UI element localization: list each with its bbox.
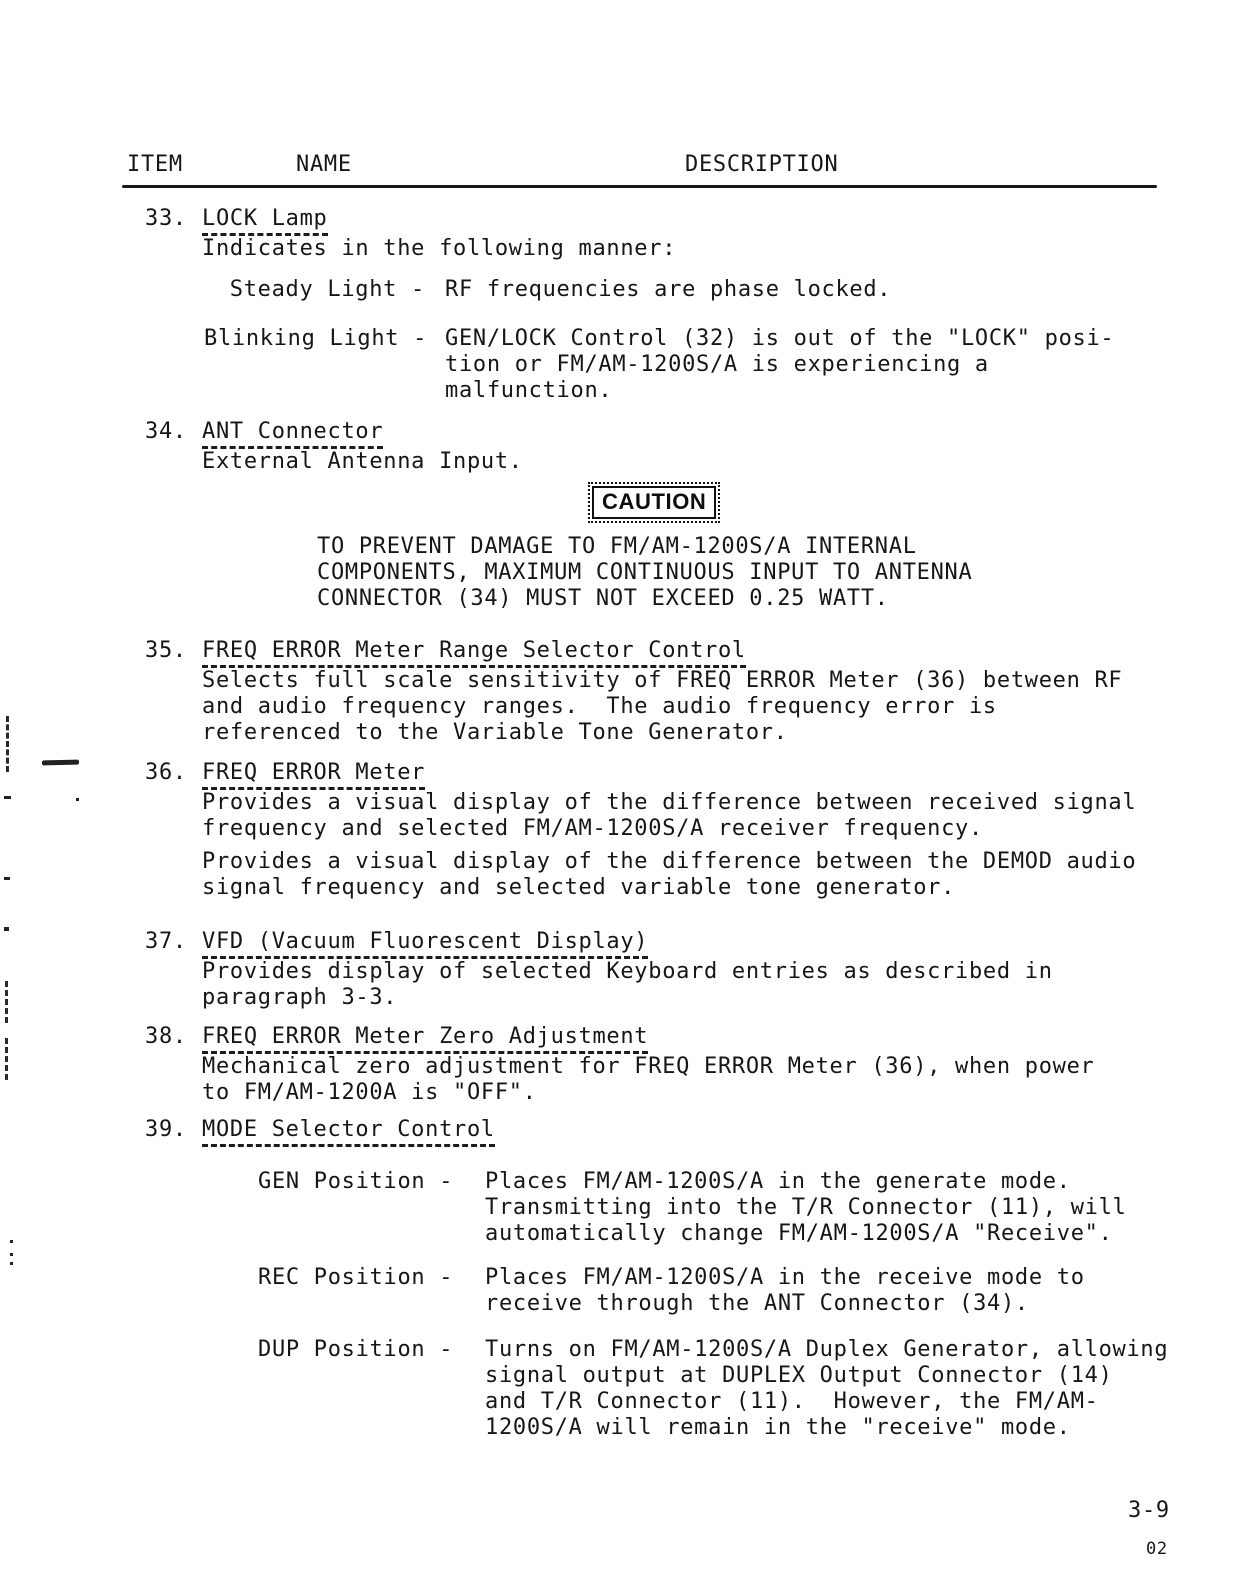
position-description: Places FM/AM-1200S/A in the generate mod…	[485, 1169, 1126, 1247]
item-number: 33.	[145, 206, 202, 232]
position-description: RF frequencies are phase locked.	[445, 277, 891, 303]
item-39-gen-position-row: GEN Position - Places FM/AM-1200S/A in t…	[258, 1169, 1126, 1247]
item-title: VFD (Vacuum Fluorescent Display)	[202, 929, 648, 959]
caution-stamp: CAUTION	[592, 486, 716, 519]
item-33-steady-light-row: Steady Light - RF frequencies are phase …	[204, 277, 891, 303]
body-line: Provides display of selected Keyboard en…	[202, 959, 1053, 985]
item-39-dup-position-row: DUP Position - Turns on FM/AM-1200S/A Du…	[258, 1337, 1168, 1441]
description-line: receive through the ANT Connector (34).	[485, 1291, 1085, 1317]
description-line: signal output at DUPLEX Output Connector…	[485, 1363, 1168, 1389]
description-line: Places FM/AM-1200S/A in the receive mode…	[485, 1265, 1085, 1291]
scan-mark	[76, 798, 79, 801]
scan-mark	[10, 1240, 13, 1243]
item-33: 33. LOCK Lamp Indicates in the following…	[145, 206, 676, 262]
description-line: malfunction.	[445, 378, 1114, 404]
caution-label: CAUTION	[602, 489, 706, 514]
item-33-blinking-light-row: Blinking Light - GEN/LOCK Control (32) i…	[204, 326, 1114, 404]
description-line: Transmitting into the T/R Connector (11)…	[485, 1195, 1126, 1221]
item-36: 36. FREQ ERROR Meter Provides a visual d…	[145, 760, 1136, 842]
body-line: Provides a visual display of the differe…	[202, 790, 1136, 816]
item-33-heading: 33. LOCK Lamp	[145, 206, 676, 236]
body-line: and audio frequency ranges. The audio fr…	[202, 694, 1122, 720]
manual-page: ITEM NAME DESCRIPTION 33. LOCK Lamp Indi…	[0, 0, 1240, 1593]
item-number: 35.	[145, 638, 202, 664]
scan-mark	[5, 1038, 8, 1080]
position-description: Turns on FM/AM-1200S/A Duplex Generator,…	[485, 1337, 1168, 1441]
description-line: tion or FM/AM-1200S/A is experiencing a	[445, 352, 1114, 378]
item-number: 38.	[145, 1024, 202, 1050]
item-37: 37. VFD (Vacuum Fluorescent Display) Pro…	[145, 929, 1053, 1011]
item-38-heading: 38. FREQ ERROR Meter Zero Adjustment	[145, 1024, 1095, 1054]
item-35-heading: 35. FREQ ERROR Meter Range Selector Cont…	[145, 638, 1122, 668]
body-line: to FM/AM-1200A is "OFF".	[202, 1080, 1095, 1106]
item-39: 39. MODE Selector Control	[145, 1117, 495, 1147]
caution-line: CONNECTOR (34) MUST NOT EXCEED 0.25 WATT…	[317, 586, 972, 612]
item-title: MODE Selector Control	[202, 1117, 495, 1147]
caution-text: TO PREVENT DAMAGE TO FM/AM-1200S/A INTER…	[317, 534, 972, 612]
position-description: Places FM/AM-1200S/A in the receive mode…	[485, 1265, 1085, 1317]
item-34-heading: 34. ANT Connector	[145, 419, 523, 449]
column-header-name: NAME	[296, 152, 352, 178]
position-description: GEN/LOCK Control (32) is out of the "LOC…	[445, 326, 1114, 404]
scan-mark	[5, 981, 8, 1023]
position-label: Steady Light -	[204, 277, 425, 303]
body-line: Mechanical zero adjustment for FREQ ERRO…	[202, 1054, 1095, 1080]
position-label: REC Position -	[258, 1265, 465, 1291]
column-header-item: ITEM	[127, 152, 183, 178]
caution-line: TO PREVENT DAMAGE TO FM/AM-1200S/A INTER…	[317, 534, 972, 560]
description-line: 1200S/A will remain in the "receive" mod…	[485, 1415, 1168, 1441]
body-line: External Antenna Input.	[202, 449, 523, 475]
item-34: 34. ANT Connector External Antenna Input…	[145, 419, 523, 475]
item-36-heading: 36. FREQ ERROR Meter	[145, 760, 1136, 790]
position-label: DUP Position -	[258, 1337, 465, 1363]
caution-line: COMPONENTS, MAXIMUM CONTINUOUS INPUT TO …	[317, 560, 972, 586]
item-33-intro: Indicates in the following manner:	[202, 236, 676, 262]
body-line: referenced to the Variable Tone Generato…	[202, 720, 1122, 746]
print-code: 02	[1146, 1536, 1168, 1562]
body-line: Selects full scale sensitivity of FREQ E…	[202, 668, 1122, 694]
item-title: LOCK Lamp	[202, 206, 328, 236]
position-label: Blinking Light -	[204, 326, 425, 352]
scan-mark	[4, 796, 11, 799]
description-line: GEN/LOCK Control (32) is out of the "LOC…	[445, 326, 1114, 352]
body-line: frequency and selected FM/AM-1200S/A rec…	[202, 816, 1136, 842]
item-38: 38. FREQ ERROR Meter Zero Adjustment Mec…	[145, 1024, 1095, 1106]
description-line: and T/R Connector (11). However, the FM/…	[485, 1389, 1168, 1415]
body-line: Provides a visual display of the differe…	[202, 849, 1136, 875]
item-39-rec-position-row: REC Position - Places FM/AM-1200S/A in t…	[258, 1265, 1085, 1317]
item-36-paragraph-2: Provides a visual display of the differe…	[202, 849, 1136, 901]
description-line: automatically change FM/AM-1200S/A "Rece…	[485, 1221, 1126, 1247]
item-title: FREQ ERROR Meter	[202, 760, 425, 790]
item-37-heading: 37. VFD (Vacuum Fluorescent Display)	[145, 929, 1053, 959]
item-title: ANT Connector	[202, 419, 383, 449]
item-39-heading: 39. MODE Selector Control	[145, 1117, 495, 1147]
body-line: signal frequency and selected variable t…	[202, 875, 1136, 901]
page-number: 3-9	[1128, 1498, 1170, 1524]
item-number: 36.	[145, 760, 202, 786]
scan-mark	[42, 760, 79, 766]
item-title: FREQ ERROR Meter Range Selector Control	[202, 638, 746, 668]
header-rule	[122, 185, 1157, 188]
column-header-description: DESCRIPTION	[685, 152, 838, 178]
description-line: Places FM/AM-1200S/A in the generate mod…	[485, 1169, 1126, 1195]
body-line: paragraph 3-3.	[202, 985, 1053, 1011]
item-number: 39.	[145, 1117, 202, 1143]
description-line: Turns on FM/AM-1200S/A Duplex Generator,…	[485, 1337, 1168, 1363]
scan-mark	[4, 927, 9, 931]
item-35: 35. FREQ ERROR Meter Range Selector Cont…	[145, 638, 1122, 746]
scan-mark	[10, 1253, 13, 1256]
scan-mark	[6, 716, 9, 772]
scan-mark	[4, 877, 10, 880]
item-number: 37.	[145, 929, 202, 955]
description-line: RF frequencies are phase locked.	[445, 277, 891, 303]
position-label: GEN Position -	[258, 1169, 465, 1195]
item-number: 34.	[145, 419, 202, 445]
scan-mark	[10, 1262, 13, 1265]
item-title: FREQ ERROR Meter Zero Adjustment	[202, 1024, 648, 1054]
